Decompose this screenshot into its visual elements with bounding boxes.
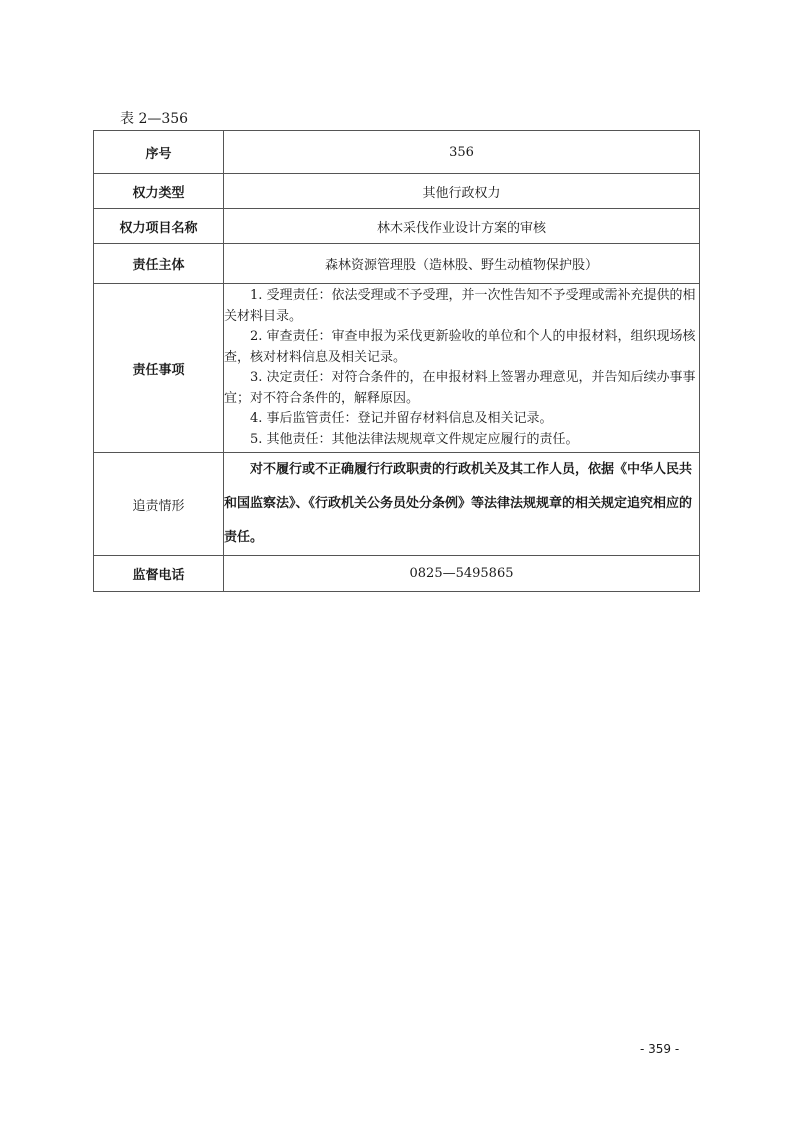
label-power-type: 权力类型	[94, 174, 224, 209]
label-serial: 序号	[94, 131, 224, 174]
label-subject: 责任主体	[94, 244, 224, 284]
table-row-accountability: 追责情形 对不履行或不正确履行行政职责的行政机关及其工作人员，依据《中华人民共和…	[94, 453, 700, 556]
table-row-power-type: 权力类型 其他行政权力	[94, 174, 700, 209]
responsibility-table: 序号 356 权力类型 其他行政权力 权力项目名称 林木采伐作业设计方案的审核 …	[93, 130, 700, 592]
value-duties: 1. 受理责任：依法受理或不予受理，并一次性告知不予受理或需补充提供的相关材料目…	[224, 284, 700, 453]
duty-item: 5. 其他责任：其他法律法规规章文件规定应履行的责任。	[224, 430, 699, 451]
value-item-name: 林木采伐作业设计方案的审核	[224, 209, 700, 244]
duty-item: 1. 受理责任：依法受理或不予受理，并一次性告知不予受理或需补充提供的相关材料目…	[224, 286, 699, 327]
table-caption: 表 2—356	[120, 108, 188, 128]
label-duties: 责任事项	[94, 284, 224, 453]
table-row-serial: 序号 356	[94, 131, 700, 174]
value-accountability: 对不履行或不正确履行行政职责的行政机关及其工作人员，依据《中华人民共和国监察法》…	[224, 453, 700, 556]
duty-item: 3. 决定责任：对符合条件的，在申报材料上签署办理意见，并告知后续办事事宜；对不…	[224, 368, 699, 409]
label-accountability: 追责情形	[94, 453, 224, 556]
table-row-duties: 责任事项 1. 受理责任：依法受理或不予受理，并一次性告知不予受理或需补充提供的…	[94, 284, 700, 453]
duty-item: 4. 事后监管责任：登记并留存材料信息及相关记录。	[224, 409, 699, 430]
accountability-text: 对不履行或不正确履行行政职责的行政机关及其工作人员，依据《中华人民共和国监察法》…	[224, 453, 699, 555]
table-row-subject: 责任主体 森林资源管理股（造林股、野生动植物保护股）	[94, 244, 700, 284]
label-item-name: 权力项目名称	[94, 209, 224, 244]
table-row-item-name: 权力项目名称 林木采伐作业设计方案的审核	[94, 209, 700, 244]
value-subject: 森林资源管理股（造林股、野生动植物保护股）	[224, 244, 700, 284]
duty-item: 2. 审查责任：审查申报为采伐更新验收的单位和个人的申报材料，组织现场核查，核对…	[224, 327, 699, 368]
page-number: - 359 -	[640, 1042, 679, 1056]
value-serial: 356	[224, 131, 700, 174]
value-phone: 0825—5495865	[224, 556, 700, 592]
table-row-phone: 监督电话 0825—5495865	[94, 556, 700, 592]
label-phone: 监督电话	[94, 556, 224, 592]
value-power-type: 其他行政权力	[224, 174, 700, 209]
